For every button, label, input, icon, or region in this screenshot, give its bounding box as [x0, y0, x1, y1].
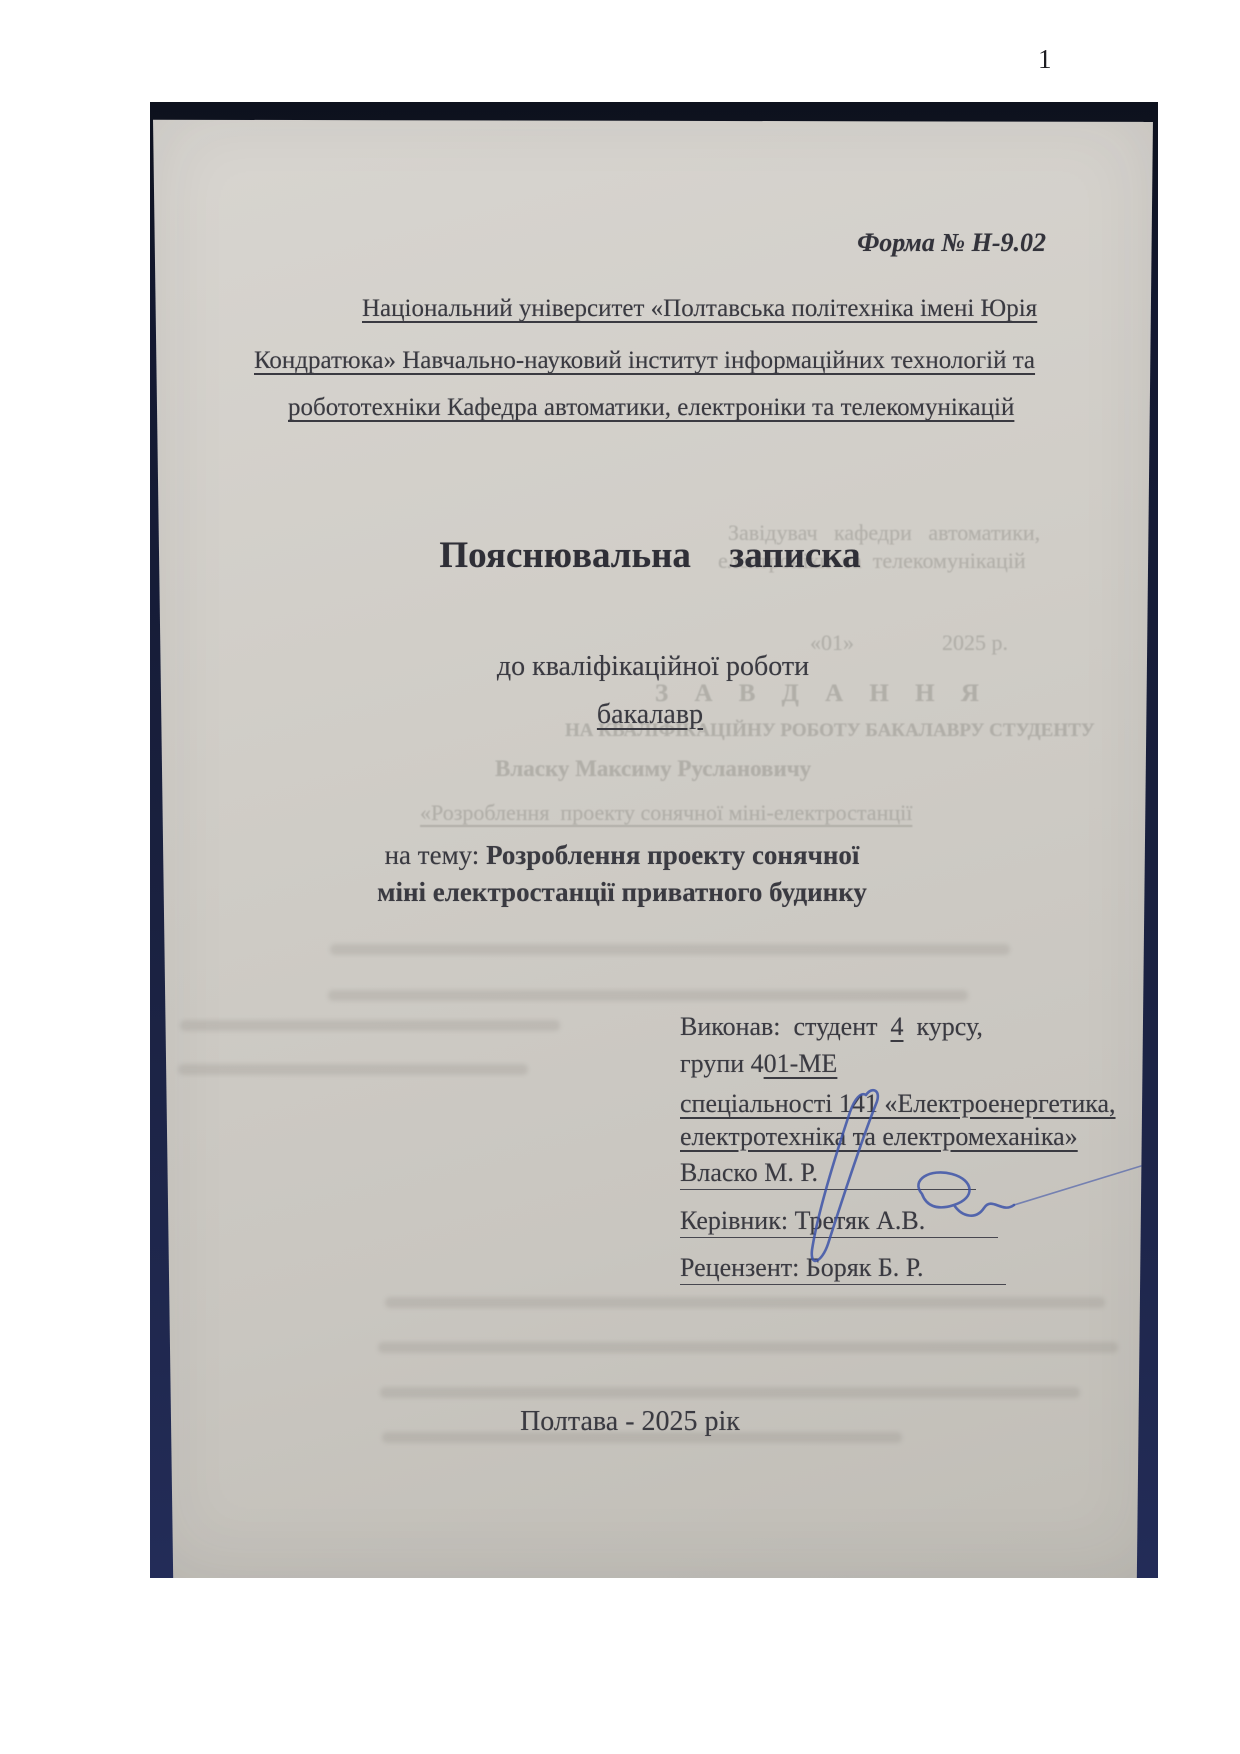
form-code: Форма № Н-9.02 — [650, 228, 1046, 258]
student-name-line: Власко М. Р. — [680, 1158, 976, 1190]
topic-block: на тему: Розроблення проекту сонячноїмін… — [372, 837, 872, 911]
title-page-paper: Завідувач кафедри автоматики, електронік… — [150, 102, 1158, 1578]
bleed-line: Власку Максиму Руслановичу — [495, 756, 811, 782]
student-name: Власко М. Р. — [680, 1158, 976, 1190]
topic-line2: міні електростанції приватного будинку — [377, 877, 867, 907]
document-title: Пояснювальна записка — [400, 534, 900, 577]
university-header-line1: Національний університет «Полтавська пол… — [362, 295, 1037, 323]
page-number: 1 — [1038, 44, 1052, 75]
supervisor-line: Керівник: Третяк А.В. — [680, 1206, 998, 1238]
topic-label: на тему: — [385, 840, 486, 870]
signature-tail — [1014, 1162, 1154, 1205]
speciality-line1: спеціальності 141 «Електроенергетика, — [680, 1089, 1116, 1119]
bleed-through-line — [178, 1064, 528, 1075]
bleed-through-line — [330, 944, 1010, 955]
reviewer-name: Рецензент: Боряк Б. Р. — [680, 1253, 1006, 1285]
supervisor-name: Керівник: Третяк А.В. — [680, 1206, 998, 1238]
performed-by-text: Виконав: студент — [680, 1012, 891, 1041]
scanned-page: 1 Завідувач кафедри автоматики, електрон… — [0, 0, 1240, 1754]
bleed-through-line — [385, 1297, 1105, 1308]
bleed-line: «Розроблення проекту сонячної міні-елект… — [420, 800, 912, 826]
university-header-line2: Кондратюка» Навчально-науковий інститут … — [254, 347, 1035, 375]
course-suffix: курсу, — [904, 1012, 983, 1041]
degree-label: бакалавр — [500, 699, 800, 731]
topic-line1: Розроблення проекту сонячної — [486, 840, 859, 870]
speciality-line2: електротехніка та електромеханіка» — [680, 1122, 1078, 1152]
document-subtitle: до кваліфікаційної роботи — [453, 651, 853, 683]
group-line: групи 401-МЕ — [680, 1049, 837, 1079]
cover-photo: Завідувач кафедри автоматики, електронік… — [150, 102, 1158, 1578]
bleed-through-line — [380, 1387, 1080, 1398]
bleed-through-line — [180, 1020, 560, 1031]
university-header-line3: робототехніки Кафедра автоматики, електр… — [288, 394, 1014, 422]
city-year: Полтава - 2025 рік — [480, 1406, 780, 1438]
reviewer-line: Рецензент: Боряк Б. Р. — [680, 1253, 1006, 1285]
course-number: 4 — [891, 1012, 904, 1041]
performed-by-line: Виконав: студент 4 курсу, — [680, 1012, 983, 1042]
group-number: 01-МЕ — [764, 1049, 838, 1078]
bleed-through-line — [328, 990, 968, 1001]
group-label: групи 4 — [680, 1049, 764, 1078]
bleed-through-line — [378, 1342, 1118, 1353]
